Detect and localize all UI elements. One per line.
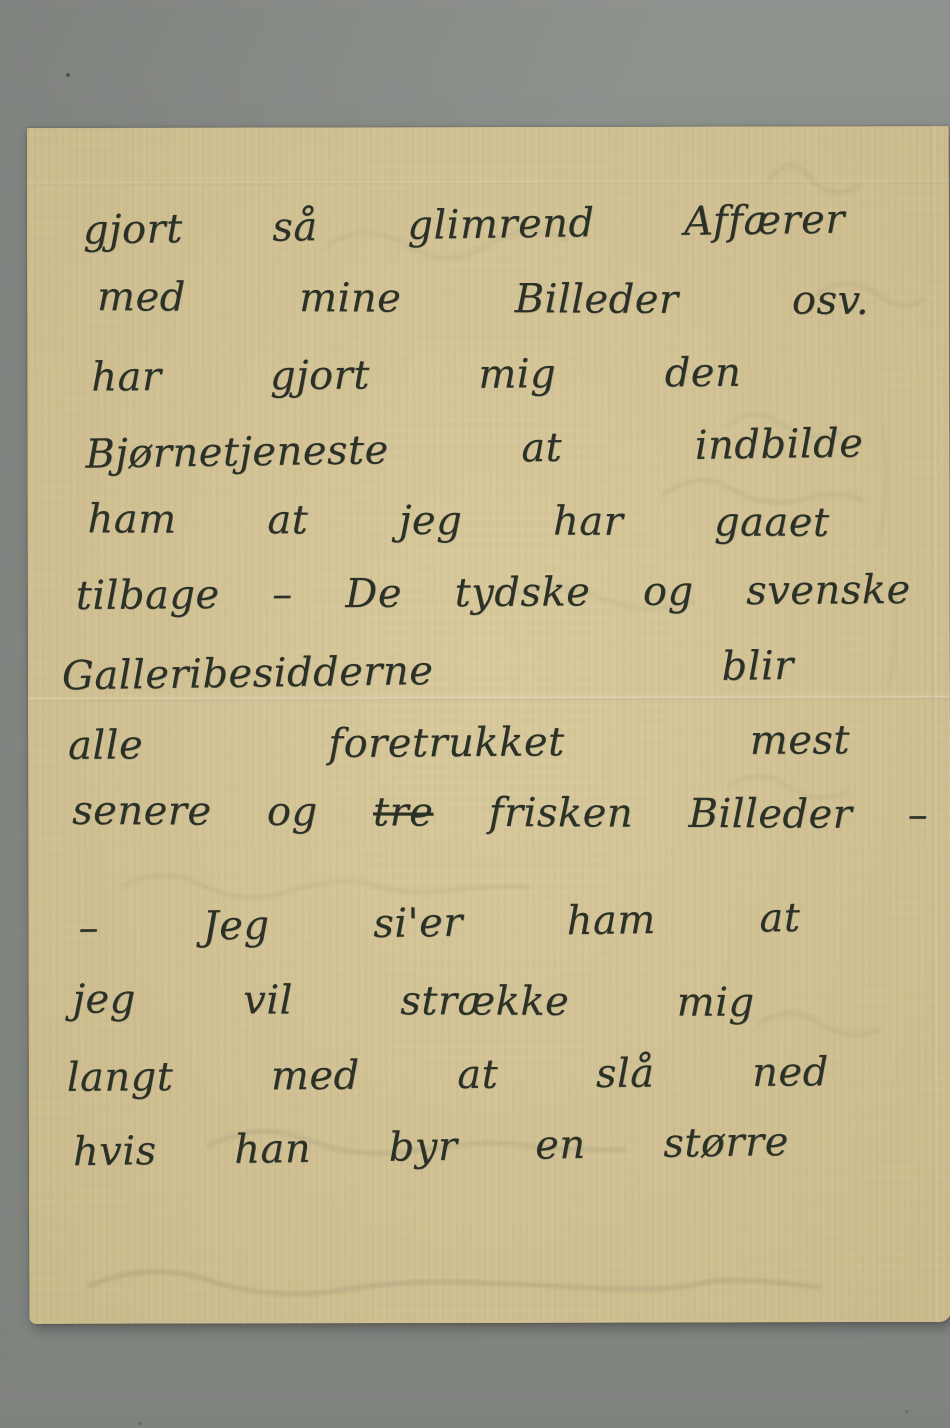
handwritten-line: alle foretrukket mest <box>68 720 850 766</box>
handwritten-line: har gjort mig den <box>91 353 741 398</box>
handwritten-line: Bjørnetjeneste at indbilde <box>85 423 863 474</box>
line-segment: frisken Billeder – <box>489 790 929 838</box>
handwritten-line: – Jeg si'er ham at <box>78 898 800 948</box>
handwritten-line: langt med at slå ned <box>67 1052 829 1098</box>
handwritten-line: hvis han byr en større <box>73 1122 789 1172</box>
dust-speck <box>66 73 70 77</box>
dust-speck <box>138 1422 142 1425</box>
handwritten-line: jeg vil strække mig <box>72 979 754 1022</box>
letter-page: gjort så glimrend Affærer med mine Bille… <box>27 126 950 1324</box>
handwritten-line: tilbage – De tydske og svenske <box>76 570 911 616</box>
handwritten-line: Galleribesidderne blir <box>62 646 794 696</box>
handwritten-line: med mine Billeder osv. <box>97 277 869 321</box>
scanned-letter-photo: gjort så glimrend Affærer med mine Bille… <box>0 0 950 1428</box>
handwritten-line: ham at jeg har gaaet <box>87 499 829 543</box>
handwritten-line-with-strikeout: senere og tre frisken Billeder – <box>72 791 928 835</box>
handwritten-line: gjort så glimrend Affærer <box>83 200 845 251</box>
struck-word: tre <box>373 789 434 835</box>
dust-speck <box>905 1410 908 1413</box>
line-segment: senere og <box>72 788 318 835</box>
